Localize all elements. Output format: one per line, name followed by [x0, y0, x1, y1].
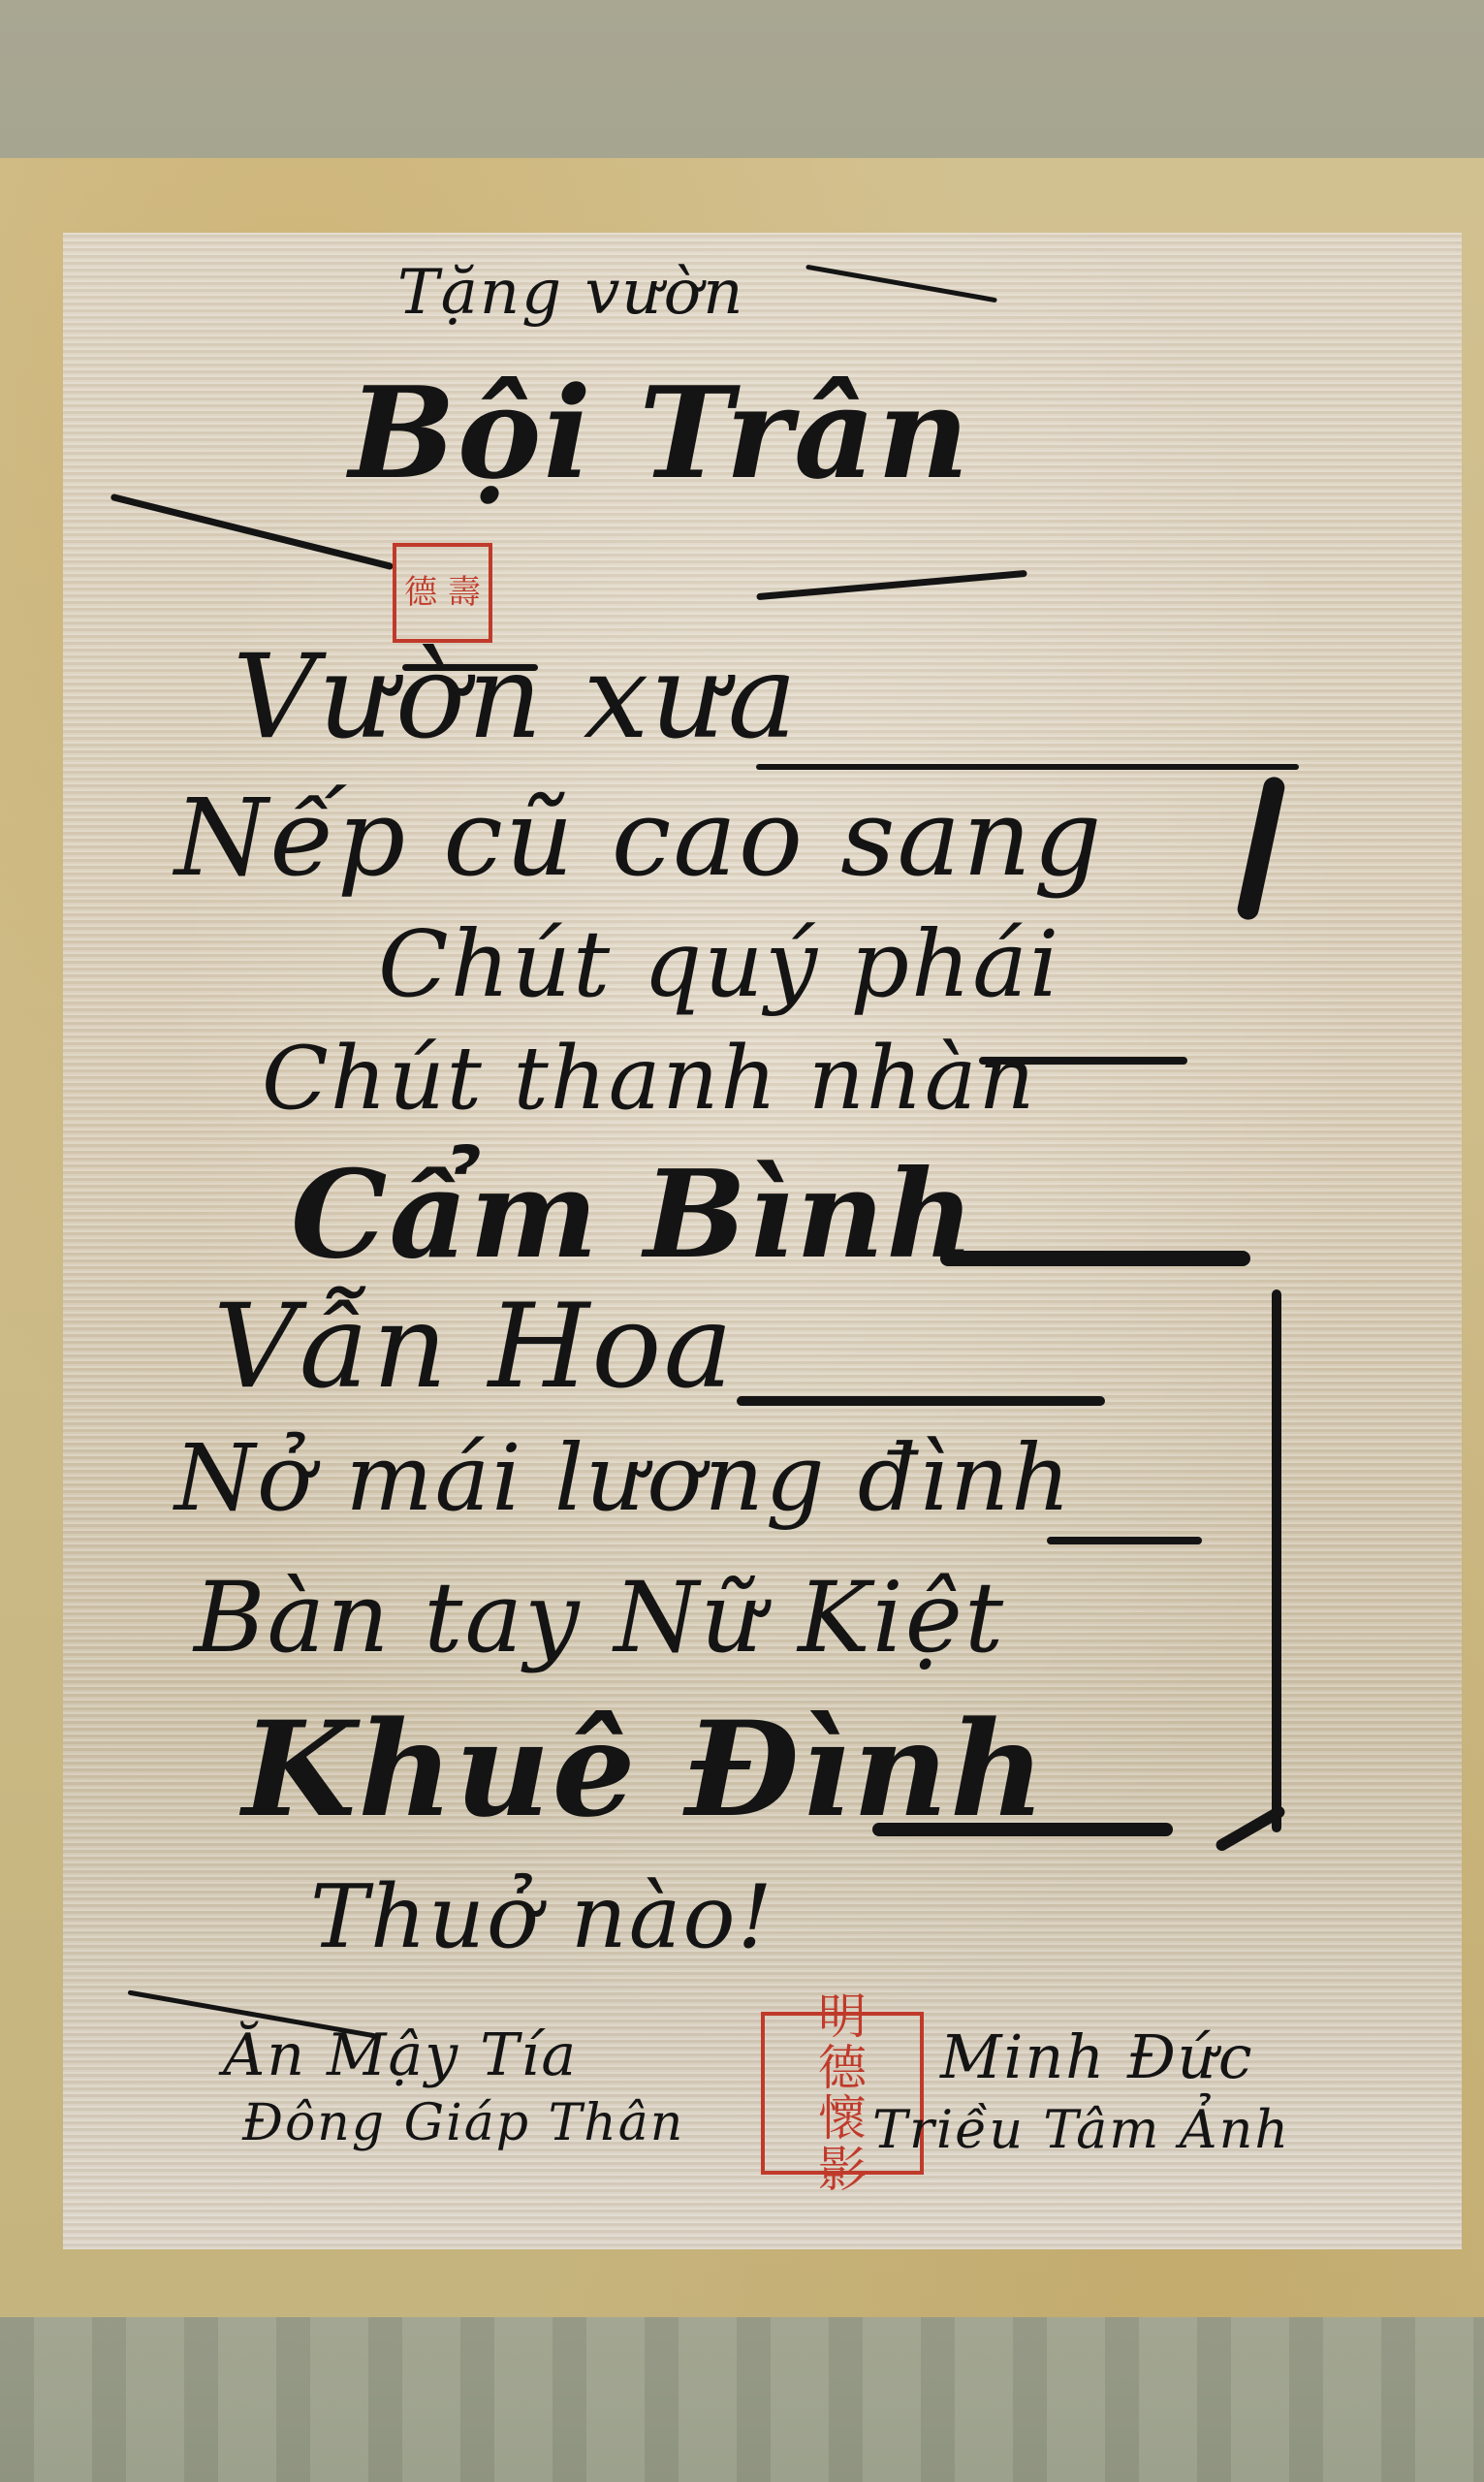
poem-line-2: Nếp cũ cao sang: [174, 776, 1103, 900]
line-5-tail: [940, 1251, 1250, 1266]
mount-bottom: [0, 2317, 1484, 2482]
colophon-left-line-1: Ăn Mậy Tía: [223, 2021, 578, 2089]
line-7-tail: [1047, 1537, 1202, 1544]
poem-line-6: Vẫn Hoa: [213, 1280, 735, 1415]
top-seal: 德 壽: [393, 543, 492, 643]
poem-line-10: Thuở nào!: [310, 1866, 774, 1968]
right-bracket-stroke: [1272, 1289, 1281, 1832]
colophon-left-line-2: Đông Giáp Thân: [242, 2094, 684, 2152]
poem-line-8: Bàn tay Nữ Kiệt: [194, 1561, 1005, 1674]
poem-line-3: Chút quý phái: [378, 911, 1060, 1018]
mount-top: [0, 0, 1484, 160]
colophon-right-line-2: Triều Tâm Ảnh: [872, 2099, 1290, 2160]
colophon-right-line-1: Minh Đức: [940, 2021, 1254, 2092]
poem-line-4: Chút thanh nhàn: [262, 1028, 1036, 1130]
dedication-line-1: Tặng vườn: [397, 257, 745, 329]
poem-line-1: Vườn xưa: [233, 630, 799, 765]
dedication-line-2: Bội Trân: [349, 359, 971, 507]
line-4-tail: [979, 1057, 1187, 1065]
line-6-tail: [737, 1396, 1105, 1406]
line-9-tail: [872, 1823, 1173, 1836]
poem-line-7: Nở mái lương đình: [174, 1425, 1072, 1532]
poem-line-5: Cẩm Bình: [291, 1144, 976, 1286]
line-1-tail: [756, 764, 1299, 770]
